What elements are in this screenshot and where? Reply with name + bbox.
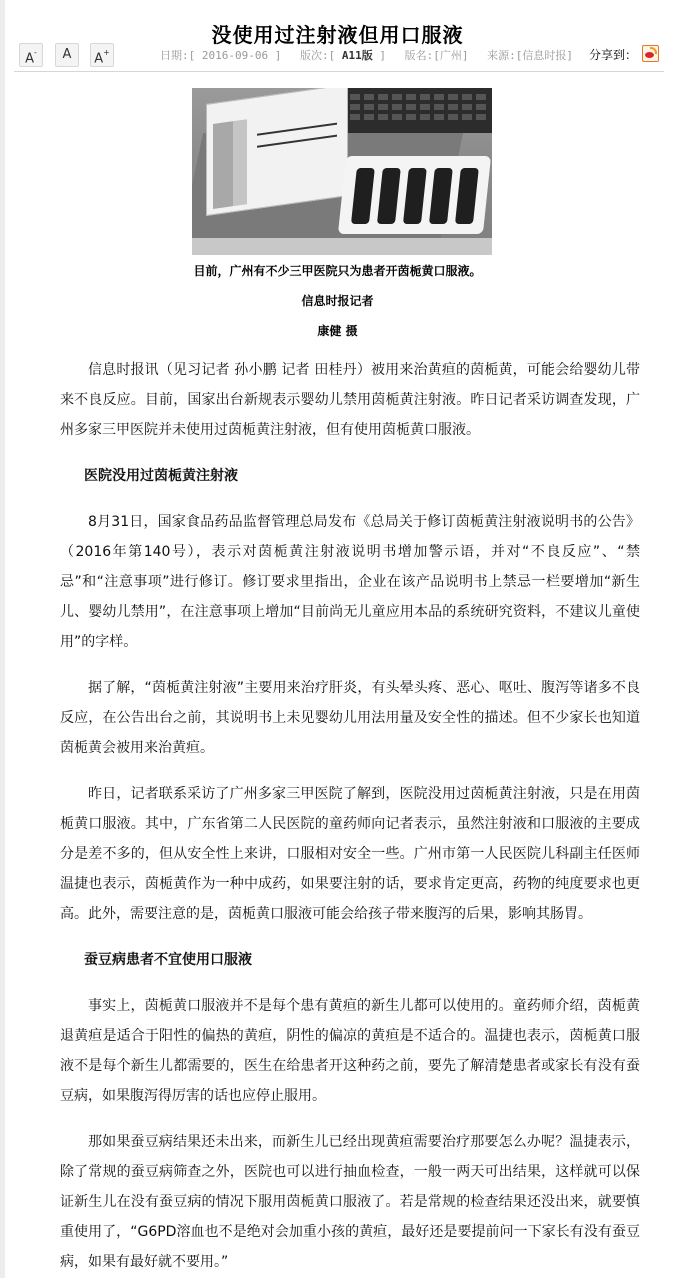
paragraph: 昨日，记者联系采访了广州多家三甲医院了解到，医院没用过茵栀黄注射液，只是在用茵栀… <box>60 779 640 929</box>
font-decrease-button[interactable]: A- <box>19 43 43 67</box>
article-meta: 日期:[ 2016-09-06 ] 版次:[ A11版 ] 版名:[广州] 来源… <box>160 47 585 63</box>
font-normal-label: A <box>63 47 72 62</box>
vial-tray <box>338 156 491 234</box>
subheading-2: 蚕豆病患者不宜使用口服液 <box>60 945 640 975</box>
minus-icon: - <box>34 48 37 57</box>
paragraph-lead: 信息时报讯（见习记者 孙小鹏 记者 田桂丹）被用来治黄疸的茵栀黄，可能会给婴幼儿… <box>60 355 640 445</box>
subheading-1: 医院没用过茵栀黄注射液 <box>60 461 640 491</box>
medicine-box <box>206 88 348 216</box>
font-increase-label: A <box>94 51 103 66</box>
meta-source: 来源:[信息时报] <box>487 49 573 62</box>
share-label: 分享到： <box>589 46 637 63</box>
font-decrease-label: A <box>25 51 34 66</box>
left-gutter <box>0 0 5 1278</box>
photo-credit-line2: 康健 摄 <box>0 322 675 339</box>
article-photo <box>192 88 492 255</box>
paragraph: 事实上，茵栀黄口服液并不是每个患有黄疸的新生儿都可以使用的。童药师介绍，茵栀黄退… <box>60 991 640 1111</box>
paragraph: 8月31日，国家食品药品监督管理总局发布《总局关于修订茵栀黄注射液说明书的公告》… <box>60 507 640 657</box>
font-normal-button[interactable]: A <box>55 43 79 67</box>
article-toolbar: A- A A+ 日期:[ 2016-09-06 ] 版次:[ A11版 ] 版名… <box>0 41 675 69</box>
font-increase-button[interactable]: A+ <box>90 43 114 67</box>
meta-section: 版名:[广州] <box>405 49 469 62</box>
paragraph: 据了解，“茵栀黄注射液”主要用来治疗肝炎，有头晕头疼、恶心、呕吐、腹泻等诸多不良… <box>60 673 640 763</box>
article-body: 信息时报讯（见习记者 孙小鹏 记者 田桂丹）被用来治黄疸的茵栀黄，可能会给婴幼儿… <box>60 355 640 1277</box>
header-divider <box>14 71 664 72</box>
photo-credit-line1: 信息时报记者 <box>0 292 675 309</box>
paragraph: 那如果蚕豆病结果还未出来，而新生儿已经出现黄疸需要治疗那要怎么办呢？温捷表示，除… <box>60 1127 640 1277</box>
meta-date: 日期:[ 2016-09-06 ] <box>160 49 281 62</box>
weibo-icon[interactable] <box>642 45 659 62</box>
meta-edition: 版次:[ A11版 ] <box>300 49 386 62</box>
photo-caption: 目前，广州有不少三甲医院只为患者开茵栀黄口服液。 <box>0 262 675 279</box>
plus-icon: + <box>103 48 110 57</box>
keyboard-in-photo <box>342 88 492 133</box>
